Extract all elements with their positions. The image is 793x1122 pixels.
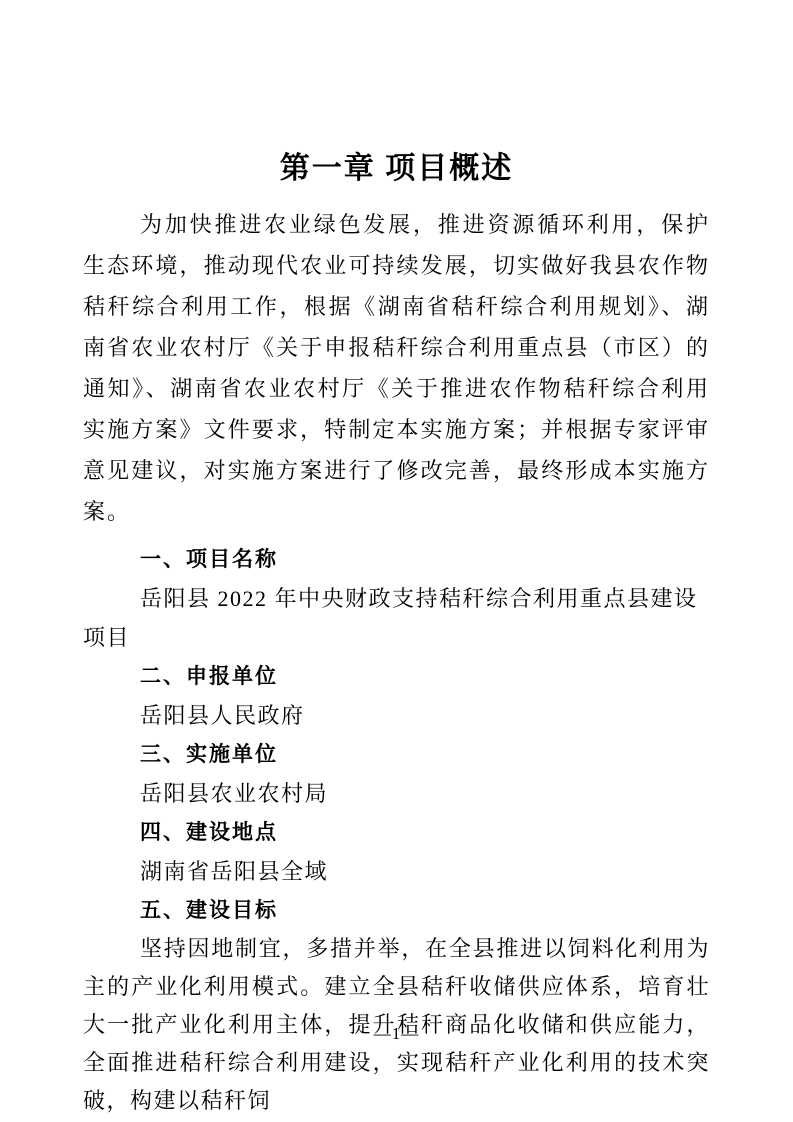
section-heading: 三、实施单位 bbox=[83, 735, 710, 774]
section-body: 湖南省岳阳县全域 bbox=[83, 852, 710, 891]
section-heading: 一、项目名称 bbox=[83, 540, 710, 579]
section-heading: 四、建设地点 bbox=[83, 813, 710, 852]
section-body: 岳阳县人民政府 bbox=[83, 696, 710, 735]
section-goals: 五、建设目标 坚持因地制宜，多措并举，在全县推进以饲料化利用为主的产业化利用模式… bbox=[83, 891, 710, 1120]
section-heading: 五、建设目标 bbox=[83, 891, 710, 930]
chapter-title: 第一章 项目概述 bbox=[83, 150, 710, 188]
intro-paragraph: 为加快推进农业绿色发展，推进资源循环利用，保护生态环境，推动现代农业可持续发展，… bbox=[83, 204, 710, 532]
section-heading: 二、申报单位 bbox=[83, 657, 710, 696]
section-location: 四、建设地点 湖南省岳阳县全域 bbox=[83, 813, 710, 891]
section-implementer: 三、实施单位 岳阳县农业农村局 bbox=[83, 735, 710, 813]
section-body: 岳阳县农业农村局 bbox=[83, 774, 710, 813]
document-page: 第一章 项目概述 为加快推进农业绿色发展，推进资源循环利用，保护生态环境，推动现… bbox=[0, 0, 793, 1122]
section-applicant: 二、申报单位 岳阳县人民政府 bbox=[83, 657, 710, 735]
section-body: 岳阳县 2022 年中央财政支持秸秆综合利用重点县建设项目 bbox=[83, 579, 710, 657]
section-project-name: 一、项目名称 岳阳县 2022 年中央财政支持秸秆综合利用重点县建设项目 bbox=[83, 540, 710, 657]
page-number: —1— bbox=[0, 1024, 793, 1044]
